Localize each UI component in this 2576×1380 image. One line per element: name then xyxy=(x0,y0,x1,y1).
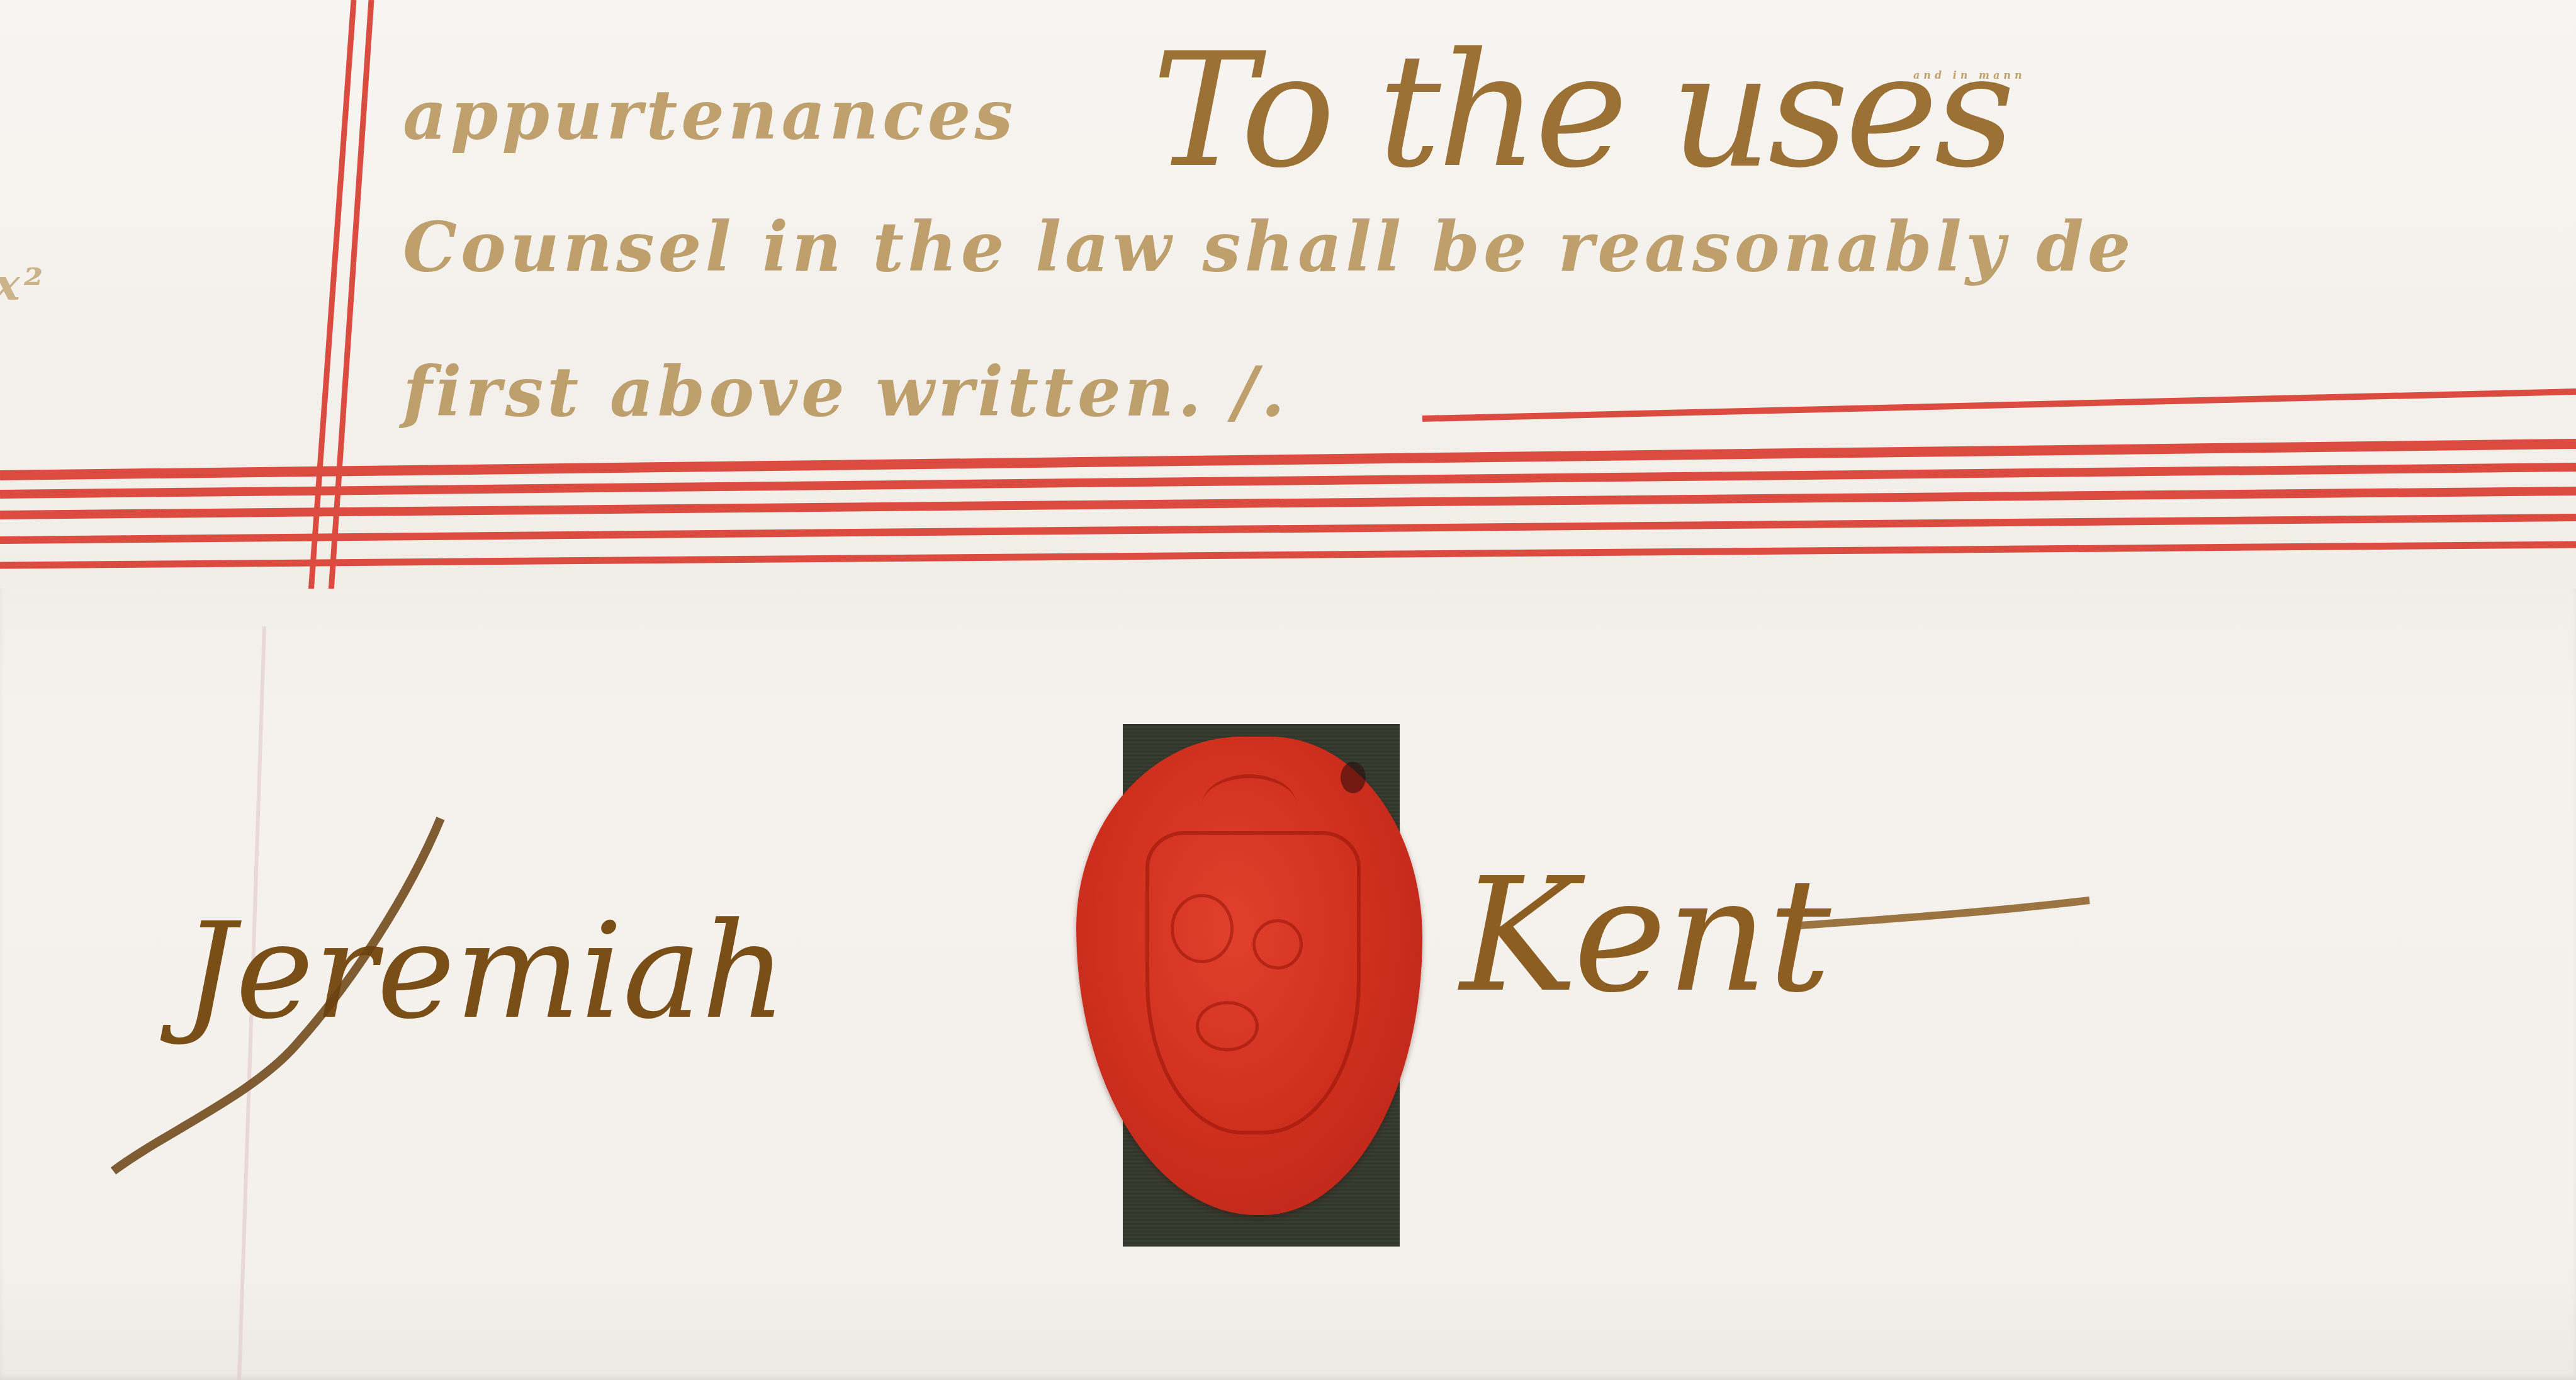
wax-soot-mark xyxy=(1341,762,1366,793)
seal-roundel-3 xyxy=(1196,1001,1259,1051)
border-rule-3 xyxy=(0,491,2576,515)
seal-roundel-2 xyxy=(1252,919,1303,970)
closing-rule xyxy=(1422,392,2576,419)
seal-crest xyxy=(1202,774,1296,835)
signature-jeremiah: Jeremiah xyxy=(183,894,787,1048)
border-rule-4 xyxy=(0,517,2576,540)
document-photo: appurtenances To the uses and in mann Co… xyxy=(0,0,2576,1380)
seal-shield xyxy=(1145,831,1361,1134)
red-ruling-lines xyxy=(0,0,2576,604)
seal-roundel-1 xyxy=(1171,894,1234,963)
signature-kent: Kent xyxy=(1460,844,1831,1027)
border-rule-5 xyxy=(0,545,2576,565)
